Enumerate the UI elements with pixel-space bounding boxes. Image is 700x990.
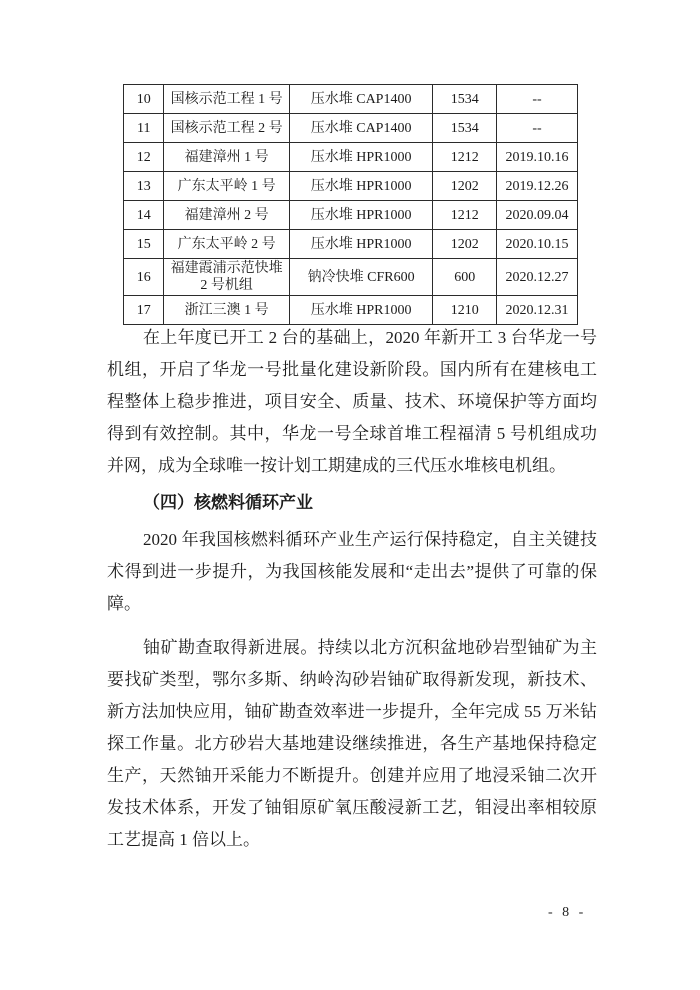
table-row: 11 国核示范工程 2 号 压水堆 CAP1400 1534 -- [124, 114, 578, 143]
capacity-cell: 1534 [433, 85, 497, 114]
unit-name-cell: 国核示范工程 1 号 [164, 85, 289, 114]
start-date-cell: 2020.10.15 [497, 230, 578, 259]
start-date-cell: 2019.10.16 [497, 143, 578, 172]
document-page: 10 国核示范工程 1 号 压水堆 CAP1400 1534 -- 11 国核示… [0, 0, 700, 990]
start-date-cell: 2019.12.26 [497, 172, 578, 201]
start-date-cell: 2020.09.04 [497, 201, 578, 230]
table-row: 15 广东太平岭 2 号 压水堆 HPR1000 1202 2020.10.15 [124, 230, 578, 259]
start-date-cell: -- [497, 85, 578, 114]
unit-number-cell: 16 [124, 259, 164, 296]
capacity-cell: 1202 [433, 230, 497, 259]
reactor-type-cell: 钠冷快堆 CFR600 [289, 259, 433, 296]
unit-number-cell: 10 [124, 85, 164, 114]
unit-name-cell: 福建漳州 2 号 [164, 201, 289, 230]
reactor-units-table: 10 国核示范工程 1 号 压水堆 CAP1400 1534 -- 11 国核示… [123, 84, 578, 325]
capacity-cell: 1210 [433, 296, 497, 325]
unit-name-cell: 广东太平岭 2 号 [164, 230, 289, 259]
table-row: 10 国核示范工程 1 号 压水堆 CAP1400 1534 -- [124, 85, 578, 114]
unit-name-cell: 广东太平岭 1 号 [164, 172, 289, 201]
unit-number-cell: 13 [124, 172, 164, 201]
reactor-type-cell: 压水堆 HPR1000 [289, 172, 433, 201]
unit-name-cell: 浙江三澳 1 号 [164, 296, 289, 325]
section-heading-nuclear-fuel-cycle: （四）核燃料循环产业 [107, 482, 597, 524]
unit-number-cell: 17 [124, 296, 164, 325]
unit-number-cell: 14 [124, 201, 164, 230]
paragraph-uranium-exploration: 铀矿勘查取得新进展。持续以北方沉积盆地砂岩型铀矿为主要找矿类型，鄂尔多斯、纳岭沟… [107, 632, 597, 856]
unit-number-cell: 11 [124, 114, 164, 143]
capacity-cell: 1212 [433, 143, 497, 172]
reactor-units-table-body: 10 国核示范工程 1 号 压水堆 CAP1400 1534 -- 11 国核示… [124, 85, 578, 325]
unit-number-cell: 12 [124, 143, 164, 172]
page-number: - 8 - [548, 905, 586, 921]
paragraph-construction-progress: 在上年度已开工 2 台的基础上，2020 年新开工 3 台华龙一号机组，开启了华… [107, 322, 597, 482]
unit-name-cell: 福建漳州 1 号 [164, 143, 289, 172]
capacity-cell: 1212 [433, 201, 497, 230]
table-row: 17 浙江三澳 1 号 压水堆 HPR1000 1210 2020.12.31 [124, 296, 578, 325]
reactor-type-cell: 压水堆 HPR1000 [289, 201, 433, 230]
reactor-type-cell: 压水堆 CAP1400 [289, 114, 433, 143]
reactor-type-cell: 压水堆 HPR1000 [289, 296, 433, 325]
unit-number-cell: 15 [124, 230, 164, 259]
start-date-cell: 2020.12.27 [497, 259, 578, 296]
capacity-cell: 1534 [433, 114, 497, 143]
table-row: 16 福建霞浦示范快堆 2 号机组 钠冷快堆 CFR600 600 2020.1… [124, 259, 578, 296]
capacity-cell: 600 [433, 259, 497, 296]
start-date-cell: -- [497, 114, 578, 143]
capacity-cell: 1202 [433, 172, 497, 201]
unit-name-cell: 国核示范工程 2 号 [164, 114, 289, 143]
reactor-type-cell: 压水堆 HPR1000 [289, 143, 433, 172]
reactor-type-cell: 压水堆 CAP1400 [289, 85, 433, 114]
table-row: 13 广东太平岭 1 号 压水堆 HPR1000 1202 2019.12.26 [124, 172, 578, 201]
unit-name-cell: 福建霞浦示范快堆 2 号机组 [164, 259, 289, 296]
start-date-cell: 2020.12.31 [497, 296, 578, 325]
paragraph-fuel-cycle-overview: 2020 年我国核燃料循环产业生产运行保持稳定，自主关键技术得到进一步提升，为我… [107, 524, 597, 620]
table-row: 14 福建漳州 2 号 压水堆 HPR1000 1212 2020.09.04 [124, 201, 578, 230]
table-row: 12 福建漳州 1 号 压水堆 HPR1000 1212 2019.10.16 [124, 143, 578, 172]
body-text-block: 在上年度已开工 2 台的基础上，2020 年新开工 3 台华龙一号机组，开启了华… [107, 322, 597, 856]
reactor-type-cell: 压水堆 HPR1000 [289, 230, 433, 259]
